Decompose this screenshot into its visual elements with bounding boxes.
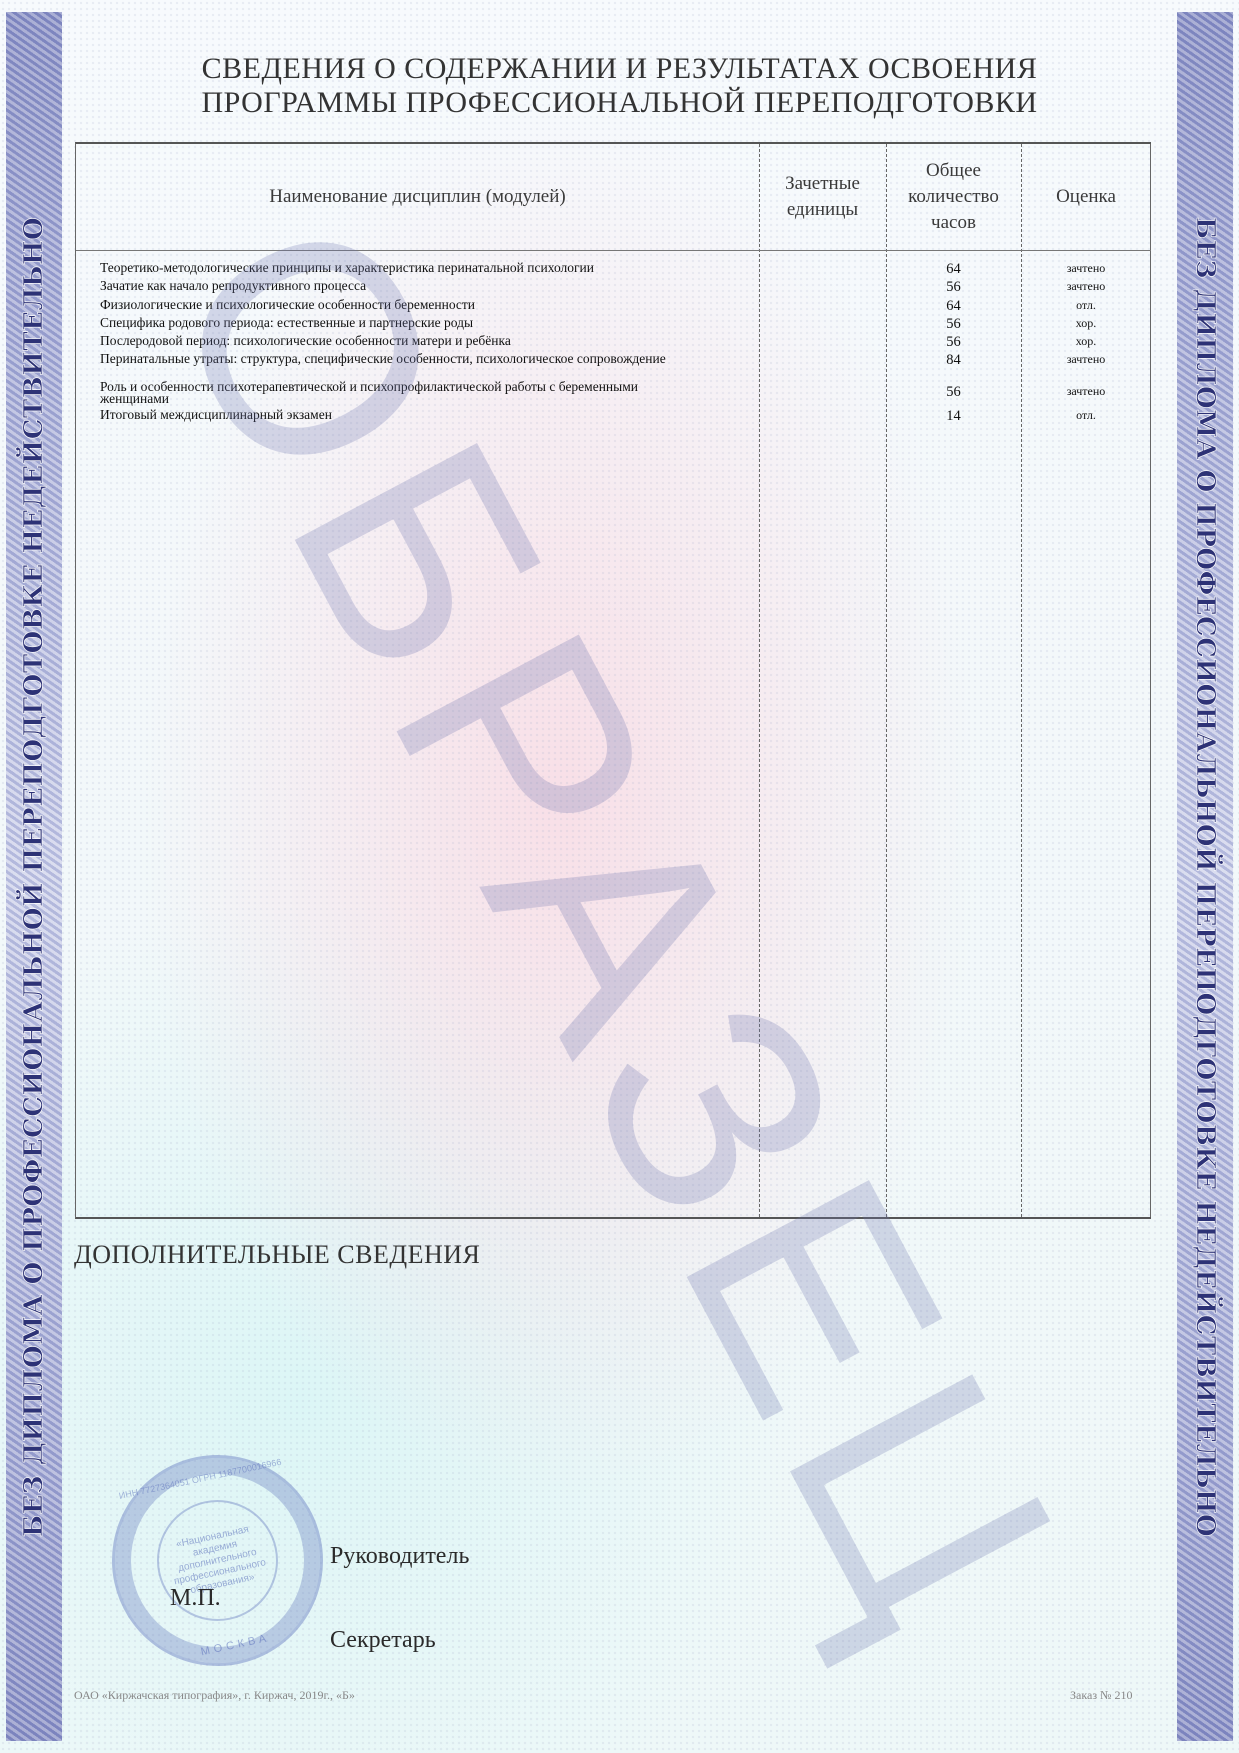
hours-value: 64: [886, 299, 1021, 317]
discipline-name: Роль и особенности психотерапевтической …: [76, 381, 716, 409]
header-divider: [76, 250, 1151, 251]
discipline-name: Зачатие как начало репродуктивного проце…: [76, 280, 716, 298]
hours-value: 56: [886, 381, 1021, 409]
left-security-band: БЕЗ ДИПЛОМА О ПРОФЕССИОНАЛЬНОЙ ПЕРЕПОДГО…: [6, 12, 62, 1741]
table-row: Роль и особенности психотерапевтической …: [76, 381, 1151, 409]
official-stamp: ИНН 7727364051 ОГРН 1187700016966 «Нацио…: [92, 1435, 342, 1685]
title-line-1: СВЕДЕНИЯ О СОДЕРЖАНИИ И РЕЗУЛЬТАТАХ ОСВО…: [0, 52, 1239, 86]
credit-units: [759, 381, 886, 409]
additional-info-title: ДОПОЛНИТЕЛЬНЫЕ СВЕДЕНИЯ: [74, 1240, 480, 1270]
signature-head-label: Руководитель: [330, 1543, 469, 1570]
table-row: Зачатие как начало репродуктивного проце…: [76, 280, 1151, 298]
credit-units: [759, 280, 886, 298]
stamp-place-label: М.П.: [170, 1585, 221, 1612]
left-band-text: БЕЗ ДИПЛОМА О ПРОФЕССИОНАЛЬНОЙ ПЕРЕПОДГО…: [19, 216, 49, 1536]
order-number: Заказ № 210: [1070, 1688, 1133, 1703]
discipline-name: Итоговый междисциплинарный экзамен: [76, 409, 716, 427]
stamp-ring-text: ИНН 7727364051 ОГРН 1187700016966: [99, 1453, 302, 1505]
right-band-text: БЕЗ ДИПЛОМА О ПРОФЕССИОНАЛЬНОЙ ПЕРЕПОДГО…: [1190, 216, 1220, 1536]
credit-units: [759, 299, 886, 317]
grade-value: зачтено: [1021, 280, 1151, 298]
hours-value: 56: [886, 317, 1021, 335]
document-title: СВЕДЕНИЯ О СОДЕРЖАНИИ И РЕЗУЛЬТАТАХ ОСВО…: [0, 52, 1239, 120]
header-grade: Оценка: [1021, 144, 1151, 250]
header-total-hours: Общееколичествочасов: [886, 144, 1021, 250]
hours-value: 56: [886, 335, 1021, 353]
grade-value: отл.: [1021, 409, 1151, 427]
grade-value: хор.: [1021, 317, 1151, 335]
credit-units: [759, 409, 886, 427]
header-credit-units: Зачетныеединицы: [759, 144, 886, 250]
discipline-name: Перинатальные утраты: структура, специфи…: [76, 353, 716, 381]
grade-value: отл.: [1021, 299, 1151, 317]
grade-value: зачтено: [1021, 262, 1151, 280]
hours-value: 14: [886, 409, 1021, 427]
credit-units: [759, 335, 886, 353]
printer-info: ОАО «Киржачская типография», г. Киржач, …: [74, 1688, 355, 1703]
grade-value: зачтено: [1021, 381, 1151, 409]
stamp-city: МОСКВА: [134, 1618, 337, 1672]
hours-value: 84: [886, 353, 1021, 381]
grade-value: зачтено: [1021, 353, 1151, 381]
right-security-band: БЕЗ ДИПЛОМА О ПРОФЕССИОНАЛЬНОЙ ПЕРЕПОДГО…: [1177, 12, 1233, 1741]
table-row: Итоговый междисциплинарный экзамен 14 от…: [76, 409, 1151, 427]
credit-units: [759, 262, 886, 280]
table-row: Перинатальные утраты: структура, специфи…: [76, 353, 1151, 381]
title-line-2: ПРОГРАММЫ ПРОФЕССИОНАЛЬНОЙ ПЕРЕПОДГОТОВК…: [0, 86, 1239, 120]
disciplines-table: Наименование дисциплин (модулей) Зачетны…: [75, 142, 1151, 1219]
header-discipline-name: Наименование дисциплин (модулей): [76, 144, 759, 250]
hours-value: 56: [886, 280, 1021, 298]
signature-secretary-label: Секретарь: [330, 1627, 436, 1654]
credit-units: [759, 317, 886, 335]
grade-value: хор.: [1021, 335, 1151, 353]
credit-units: [759, 353, 886, 381]
hours-value: 64: [886, 262, 1021, 280]
table-body: Теоретико-методологические принципы и ха…: [76, 262, 1151, 428]
